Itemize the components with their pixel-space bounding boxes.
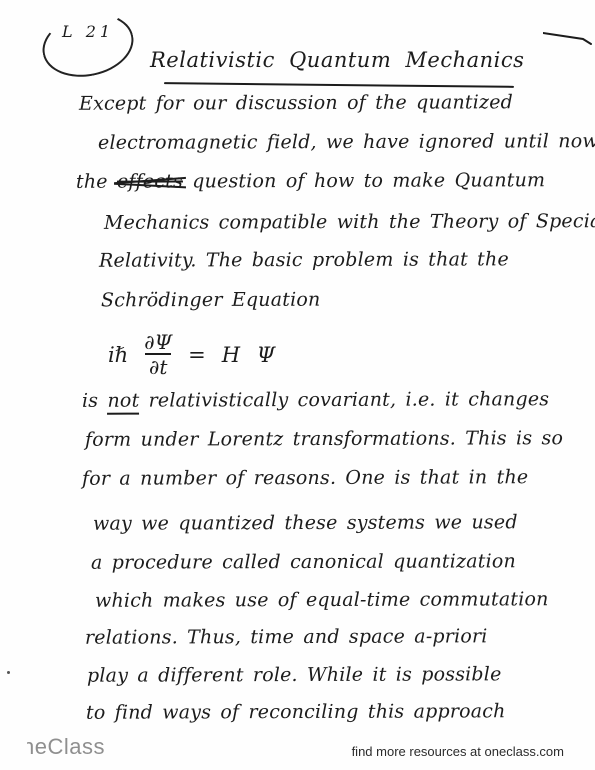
pen-mark (543, 30, 595, 50)
handwritten-line-1: Except for our discussion of the quantiz… (79, 91, 513, 115)
handwritten-line-5: Relativity. The basic problem is that th… (99, 248, 509, 271)
title-underline (164, 82, 514, 88)
lecture-circle (37, 5, 140, 85)
handwritten-line-10: way we quantized these systems we used (93, 511, 518, 534)
equation-equals: = (188, 343, 206, 367)
oneclass-logo: neClass (27, 734, 139, 762)
equation-rhs: H Ψ (222, 343, 280, 367)
handwritten-line-6: Schrödinger Equation (101, 289, 320, 312)
equation-denominator: ∂t (145, 353, 171, 378)
page-title: Relativistic Quantum Mechanics (150, 48, 524, 72)
handwritten-line-9: for a number of reasons. One is that in … (82, 466, 528, 490)
handwritten-line-3: the effects question of how to make Quan… (76, 169, 545, 193)
handwritten-line-12: which makes use of equal-time commutatio… (95, 588, 549, 612)
handwritten-line-13: relations. Thus, time and space a-priori (85, 625, 488, 648)
crossed-out-word: effects (117, 170, 183, 192)
oneclass-logo-text: neClass (27, 734, 105, 760)
handwritten-line-14: play a different role. While it is possi… (87, 663, 502, 686)
handwritten-line-11: a procedure called canonical quantizatio… (91, 550, 516, 573)
ink-speck (7, 671, 10, 674)
handwritten-line-7: is not relativistically covariant, i.e. … (82, 388, 549, 412)
line-3-post: question of how to make Quantum (183, 169, 545, 192)
lecture-number: L 21 (62, 22, 114, 41)
schrodinger-equation: iℏ ∂Ψ ∂t = H Ψ (108, 331, 280, 378)
underlined-word-not: not (107, 390, 139, 415)
handwritten-line-4: Mechanics compatible with the Theory of … (104, 210, 595, 234)
handwritten-line-15: to find ways of reconciling this approac… (86, 700, 506, 723)
equation-ihbar: iℏ (108, 343, 128, 367)
line-7-pre: is (82, 390, 108, 412)
scanned-notes-page: L 21 Relativistic Quantum Mechanics Exce… (0, 0, 595, 770)
handwritten-line-2: electromagnetic field, we have ignored u… (98, 130, 595, 154)
line-3-pre: the (76, 171, 117, 193)
oneclass-resources-link[interactable]: find more resources at oneclass.com (352, 744, 564, 759)
handwritten-line-8: form under Lorentz transformations. This… (85, 427, 563, 451)
line-7-post: relativistically covariant, i.e. it chan… (139, 388, 549, 411)
equation-fraction: ∂Ψ ∂t (144, 331, 172, 378)
equation-numerator: ∂Ψ (144, 331, 172, 353)
